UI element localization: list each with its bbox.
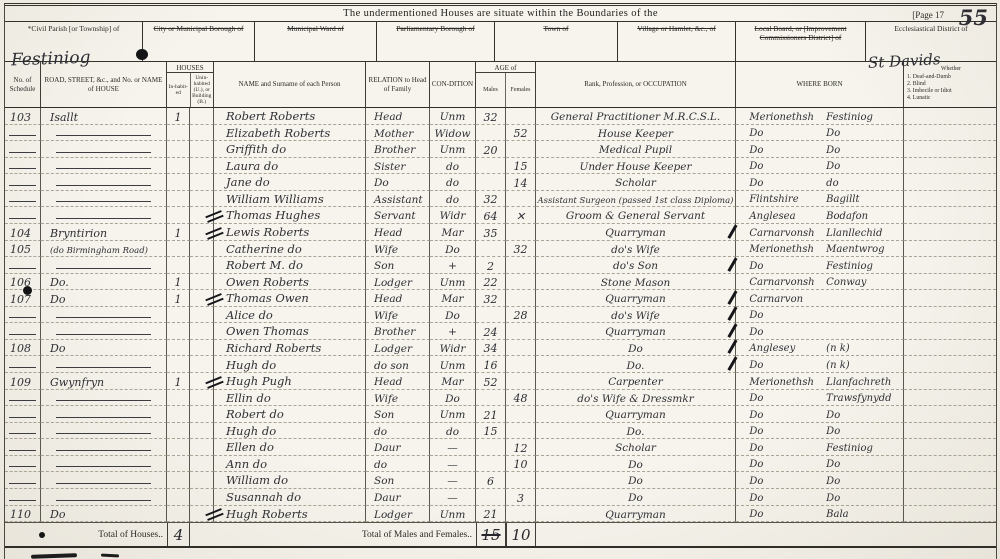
cell-born: DoDo	[736, 456, 904, 473]
cell-occupation: Do.	[536, 356, 736, 373]
cell-houses	[167, 323, 190, 340]
col-header-uninhabited: Unin-habited (U.), or Building (B.)	[191, 73, 214, 107]
cell-condition: Mar	[430, 224, 476, 241]
cell-dis	[904, 456, 996, 473]
cell-relation: Daur	[366, 439, 430, 456]
col-header-label: 4. Lunatic	[907, 95, 931, 102]
cell-age_f: 32	[506, 241, 536, 258]
cell-houses	[167, 174, 190, 191]
cell-condition: do	[430, 158, 476, 175]
cell-born: DoDo	[736, 472, 904, 489]
cell-road	[41, 456, 167, 473]
cell-schedule	[5, 390, 41, 407]
page-band: The undermentioned Houses are situate wi…	[5, 3, 996, 22]
cell-age_m	[476, 489, 506, 506]
total-females-value: 10	[511, 526, 530, 544]
cell-houses: 1	[167, 274, 190, 291]
cell-age_m: 32	[476, 290, 506, 307]
cell-houses	[167, 456, 190, 473]
cell-dis	[904, 423, 996, 440]
cell-born: DoDo	[736, 125, 904, 142]
table-row: Griffith doBrotherUnm20Medical PupilDoDo	[5, 141, 996, 158]
cell-name: Thomas Owen	[214, 290, 366, 307]
cell-road	[41, 356, 167, 373]
cell-condition: Unm	[430, 356, 476, 373]
cell-occupation: Do	[536, 456, 736, 473]
cell-age_m: 32	[476, 191, 506, 208]
cell-houses	[167, 340, 190, 357]
cell-dis	[904, 340, 996, 357]
col-header-label: Whether	[941, 66, 961, 73]
cell-name: Owen Thomas	[214, 323, 366, 340]
cell-occupation: Quarryman	[536, 323, 736, 340]
cell-occupation: Medical Pupil	[536, 141, 736, 158]
cell-road	[41, 390, 167, 407]
col-header-age: AGE of Males Females	[476, 62, 536, 107]
cell-born: DoFestiniog	[736, 257, 904, 274]
cutoff-mark	[101, 554, 119, 558]
cell-road	[41, 141, 167, 158]
ink-blot	[23, 286, 32, 295]
cell-road: Do	[41, 290, 167, 307]
cell-born: AngleseaBodafon	[736, 207, 904, 224]
cell-age_f	[506, 406, 536, 423]
cell-born: MerionethshFestiniog	[736, 108, 904, 125]
cell-road: Isallt	[41, 108, 167, 125]
cell-occupation: General Practitioner M.R.C.S.L.	[536, 108, 736, 125]
cell-houses: 1	[167, 290, 190, 307]
box-label: *Civil Parish [or Township] of	[8, 24, 139, 33]
cell-uninh	[190, 125, 214, 142]
cell-name: Laura do	[214, 158, 366, 175]
cell-road	[41, 406, 167, 423]
cell-age_m: 24	[476, 323, 506, 340]
cell-relation: Brother	[366, 323, 430, 340]
cell-road	[41, 323, 167, 340]
col-header-houses: HOUSES In-habit-ed Unin-habited (U.), or…	[167, 62, 214, 107]
cell-schedule: 109	[5, 373, 41, 390]
cell-houses	[167, 406, 190, 423]
cell-occupation: Groom & General Servant	[536, 207, 736, 224]
cell-age_m	[476, 456, 506, 473]
cell-schedule	[5, 257, 41, 274]
cell-houses	[167, 158, 190, 175]
cell-uninh	[190, 241, 214, 258]
cell-uninh	[190, 390, 214, 407]
table-row: William WilliamsAssistantdo32Assistant S…	[5, 191, 996, 208]
cell-condition: Unm	[430, 506, 476, 523]
cell-houses	[167, 423, 190, 440]
cell-houses	[167, 191, 190, 208]
box-label: City or Municipal Borough of	[146, 24, 251, 33]
cell-age_m: 35	[476, 224, 506, 241]
cell-relation: Servant	[366, 207, 430, 224]
cell-schedule	[5, 439, 41, 456]
cell-age_m	[476, 125, 506, 142]
cell-age_m: 20	[476, 141, 506, 158]
table-row: Jane doDodo14ScholarDodo	[5, 174, 996, 191]
total-empty-cell	[536, 523, 996, 546]
cell-dis	[904, 406, 996, 423]
cell-uninh	[190, 489, 214, 506]
cell-road	[41, 191, 167, 208]
col-header-males: Males	[476, 73, 506, 107]
ink-blot	[136, 49, 148, 60]
cell-age_f: 14	[506, 174, 536, 191]
cell-age_f	[506, 224, 536, 241]
cell-condition: do	[430, 174, 476, 191]
cell-born: MerionethshMaentwrog	[736, 241, 904, 258]
cell-age_m: 16	[476, 356, 506, 373]
cell-occupation: House Keeper	[536, 125, 736, 142]
cell-age_f: 48	[506, 390, 536, 407]
cell-age_m: 64	[476, 207, 506, 224]
cell-name: Ellin do	[214, 390, 366, 407]
cell-condition: —	[430, 456, 476, 473]
cell-road	[41, 174, 167, 191]
cell-occupation: do's Wife	[536, 241, 736, 258]
cell-born: DoTrawsfynydd	[736, 390, 904, 407]
table-row: Elizabeth RobertsMotherWidow52House Keep…	[5, 125, 996, 142]
cell-relation: do	[366, 456, 430, 473]
cell-relation: Son	[366, 406, 430, 423]
age-subheaders: Males Females	[476, 72, 535, 107]
census-form: The undermentioned Houses are situate wi…	[4, 3, 997, 559]
header-box-city-borough: City or Municipal Borough of	[143, 22, 255, 61]
col-header-label: WHERE BORN	[796, 80, 842, 88]
cell-condition: —	[430, 472, 476, 489]
cell-name: Thomas Hughes	[214, 207, 366, 224]
cell-schedule	[5, 356, 41, 373]
box-label: Town of	[498, 24, 614, 33]
cell-schedule	[5, 191, 41, 208]
cell-schedule: 108	[5, 340, 41, 357]
cell-born: CarnarvonshLlanllechid	[736, 224, 904, 241]
cell-occupation: Do.	[536, 423, 736, 440]
cell-name: Catherine do	[214, 241, 366, 258]
table-row: Ellin doWifeDo48do's Wife & DressmkrDoTr…	[5, 390, 996, 407]
cell-name: Hugh Roberts	[214, 506, 366, 523]
cell-age_f: 12	[506, 439, 536, 456]
cell-occupation: Under House Keeper	[536, 158, 736, 175]
cell-born: DoBala	[736, 506, 904, 523]
cell-uninh	[190, 191, 214, 208]
cell-dis	[904, 141, 996, 158]
cell-relation: Assistant	[366, 191, 430, 208]
cell-name: Alice do	[214, 307, 366, 324]
cell-relation: Daur	[366, 489, 430, 506]
cell-condition: Unm	[430, 108, 476, 125]
col-header-label: AGE of	[476, 62, 535, 72]
page-label: [Page 17	[912, 10, 944, 20]
table-row: William doSon—6DoDoDo	[5, 472, 996, 489]
cell-houses	[167, 390, 190, 407]
table-row: Robert doSonUnm21QuarrymanDoDo	[5, 406, 996, 423]
col-header-label: RELATION to Head of Family	[367, 76, 428, 92]
cell-age_m: 2	[476, 257, 506, 274]
cell-dis	[904, 290, 996, 307]
col-header-label: ROAD, STREET, &c., and No. or NAME of HO…	[42, 76, 165, 92]
cell-name: Elizabeth Roberts	[214, 125, 366, 142]
cell-schedule	[5, 423, 41, 440]
bullet-dot-icon	[39, 532, 45, 538]
total-males-value: 15	[481, 526, 500, 544]
box-value-ecclesiastical: St Davids	[868, 50, 941, 72]
cell-occupation: Do	[536, 489, 736, 506]
cell-occupation: Carpenter	[536, 373, 736, 390]
cell-dis	[904, 356, 996, 373]
cell-relation: Do	[366, 174, 430, 191]
cell-uninh	[190, 456, 214, 473]
cell-schedule	[5, 406, 41, 423]
col-header-label: CON-DITION	[432, 80, 473, 88]
cell-born: DoDo	[736, 158, 904, 175]
table-row: 108DoRichard RobertsLodgerWidr34DoAngles…	[5, 340, 996, 357]
cell-condition: Widow	[430, 125, 476, 142]
cell-relation: Mother	[366, 125, 430, 142]
cell-uninh	[190, 108, 214, 125]
cell-houses	[167, 472, 190, 489]
table-row: 107Do1Thomas OwenHeadMar32QuarrymanCarna…	[5, 290, 996, 307]
cell-age_f	[506, 141, 536, 158]
total-houses-label: Total of Houses..	[98, 530, 163, 540]
cell-condition: Widr	[430, 340, 476, 357]
cell-road: (do Birmingham Road)	[41, 241, 167, 258]
cell-uninh	[190, 274, 214, 291]
cell-dis	[904, 257, 996, 274]
cell-dis	[904, 373, 996, 390]
cell-age_f	[506, 257, 536, 274]
cell-condition: Unm	[430, 141, 476, 158]
cell-houses: 1	[167, 373, 190, 390]
cell-name: Robert Roberts	[214, 108, 366, 125]
cell-age_f	[506, 340, 536, 357]
col-header-inhabited: In-habit-ed	[167, 73, 191, 107]
cell-uninh	[190, 141, 214, 158]
totals-row: Total of Houses.. 4 Total of Males and F…	[5, 522, 996, 548]
box-value-civil-parish: Festiniog	[11, 47, 91, 70]
cell-road	[41, 158, 167, 175]
cell-schedule: 104	[5, 224, 41, 241]
cell-condition: Mar	[430, 290, 476, 307]
cell-houses	[167, 257, 190, 274]
cell-road	[41, 125, 167, 142]
cell-born: DoDo	[736, 141, 904, 158]
cell-name: Ann do	[214, 456, 366, 473]
cell-age_m: 21	[476, 406, 506, 423]
cell-condition: Widr	[430, 207, 476, 224]
cell-condition: —	[430, 489, 476, 506]
total-males-cell: 15	[476, 523, 506, 546]
box-label: Village or Hamlet, &c., of	[621, 24, 732, 33]
cell-dis	[904, 506, 996, 523]
cell-schedule	[5, 174, 41, 191]
table-row: Ellen doDaur—12ScholarDoFestiniog	[5, 439, 996, 456]
col-header-name: NAME and Surname of each Person	[214, 62, 366, 107]
cell-name: Hugh Pugh	[214, 373, 366, 390]
cell-born: Do(n k)	[736, 356, 904, 373]
cell-name: Hugh do	[214, 423, 366, 440]
cell-houses	[167, 125, 190, 142]
col-header-label: No. of Schedule	[6, 76, 39, 92]
cell-occupation: do's Son	[536, 257, 736, 274]
col-header-condition: CON-DITION	[430, 62, 476, 107]
col-header-relation: RELATION to Head of Family	[366, 62, 430, 107]
table-row: 103Isallt1Robert RobertsHeadUnm32General…	[5, 108, 996, 125]
cell-condition: Do	[430, 307, 476, 324]
cell-born: FlintshireBagillt	[736, 191, 904, 208]
cell-houses: 1	[167, 224, 190, 241]
header-box-town: Town of	[495, 22, 618, 61]
cell-name: William do	[214, 472, 366, 489]
cell-condition: Do	[430, 241, 476, 258]
cell-age_f	[506, 108, 536, 125]
cell-uninh	[190, 340, 214, 357]
header-box-parliamentary-borough: Parliamentary Borough of	[377, 22, 495, 61]
cell-relation: Head	[366, 290, 430, 307]
cell-age_m: 22	[476, 274, 506, 291]
col-header-label: NAME and Surname of each Person	[238, 80, 340, 88]
cell-dis	[904, 274, 996, 291]
table-row: 105(do Birmingham Road)Catherine doWifeD…	[5, 241, 996, 258]
cell-born: Anglesey(n k)	[736, 340, 904, 357]
cell-born: MerionethshLlanfachreth	[736, 373, 904, 390]
cell-uninh	[190, 257, 214, 274]
band-title: The undermentioned Houses are situate wi…	[343, 8, 658, 19]
cell-born: Dodo	[736, 174, 904, 191]
cell-dis	[904, 307, 996, 324]
cell-born: DoDo	[736, 423, 904, 440]
cell-dis	[904, 390, 996, 407]
cell-age_m: 21	[476, 506, 506, 523]
cell-relation: do	[366, 423, 430, 440]
cell-occupation: Scholar	[536, 174, 736, 191]
cell-age_m	[476, 158, 506, 175]
cell-uninh	[190, 307, 214, 324]
box-label: Local Board, or [Improvement Commissione…	[739, 24, 862, 42]
cell-houses	[167, 506, 190, 523]
cell-name: Owen Roberts	[214, 274, 366, 291]
total-houses-label-cell: Total of Houses..	[5, 523, 167, 546]
header-box-civil-parish: *Civil Parish [or Township] of Festiniog	[5, 22, 143, 61]
table-row: Robert M. doSon+2do's SonDoFestiniog	[5, 257, 996, 274]
col-header-label: HOUSES	[167, 62, 213, 72]
cell-schedule	[5, 489, 41, 506]
cell-age_m: 6	[476, 472, 506, 489]
cell-road	[41, 489, 167, 506]
table-body: 103Isallt1Robert RobertsHeadUnm32General…	[5, 108, 996, 522]
cell-road	[41, 423, 167, 440]
cell-age_f	[506, 506, 536, 523]
cell-road: Do	[41, 340, 167, 357]
cell-schedule	[5, 158, 41, 175]
cell-age_f	[506, 373, 536, 390]
cell-dis	[904, 323, 996, 340]
footer-strip	[5, 548, 996, 559]
cell-uninh	[190, 356, 214, 373]
cell-name: Jane do	[214, 174, 366, 191]
cell-road	[41, 307, 167, 324]
cell-age_f	[506, 323, 536, 340]
cell-occupation: Quarryman	[536, 406, 736, 423]
cell-age_f: 15	[506, 158, 536, 175]
header-box-municipal-ward: Municipal Ward of	[255, 22, 377, 61]
cell-road	[41, 439, 167, 456]
cell-age_m	[476, 307, 506, 324]
cell-name: Richard Roberts	[214, 340, 366, 357]
cell-road: Do.	[41, 274, 167, 291]
cell-age_f	[506, 472, 536, 489]
cell-condition: Unm	[430, 274, 476, 291]
cell-age_f	[506, 356, 536, 373]
cell-age_m	[476, 390, 506, 407]
table-row: 109Gwynfryn1Hugh PughHeadMar52CarpenterM…	[5, 373, 996, 390]
cell-born: DoFestiniog	[736, 439, 904, 456]
total-persons-label: Total of Males and Females..	[362, 530, 472, 540]
cell-relation: Lodger	[366, 506, 430, 523]
cell-name: Ellen do	[214, 439, 366, 456]
cell-road	[41, 472, 167, 489]
cell-condition: Do	[430, 390, 476, 407]
cell-relation: Head	[366, 373, 430, 390]
cell-occupation: Assistant Surgeon (passed 1st class Dipl…	[536, 191, 736, 208]
cell-condition: +	[430, 257, 476, 274]
total-houses-value-cell: 4	[167, 523, 190, 546]
cell-condition: Unm	[430, 406, 476, 423]
cell-dis	[904, 439, 996, 456]
col-header-females: Females	[506, 73, 535, 107]
box-label: Parliamentary Borough of	[380, 24, 491, 33]
cell-relation: Son	[366, 472, 430, 489]
cell-schedule	[5, 307, 41, 324]
cell-condition: —	[430, 439, 476, 456]
cell-age_m	[476, 439, 506, 456]
cell-road	[41, 207, 167, 224]
cell-dis	[904, 472, 996, 489]
table-row: Alice doWifeDo28do's WifeDo	[5, 307, 996, 324]
col-header-label: 2. Blind	[907, 81, 926, 88]
table-row: 106Do.1Owen RobertsLodgerUnm22Stone Maso…	[5, 274, 996, 291]
cell-name: Hugh do	[214, 356, 366, 373]
cell-dis	[904, 241, 996, 258]
header-box-village: Village or Hamlet, &c., of	[618, 22, 736, 61]
cell-age_f: ✕	[506, 207, 536, 224]
col-header-label: Rank, Profession, or OCCUPATION	[584, 80, 687, 88]
cell-uninh	[190, 406, 214, 423]
cell-schedule: 105	[5, 241, 41, 258]
cell-age_f	[506, 423, 536, 440]
cell-age_f: 52	[506, 125, 536, 142]
total-persons-label-cell: Total of Males and Females..	[214, 523, 476, 546]
cell-relation: Wife	[366, 307, 430, 324]
cell-age_f	[506, 274, 536, 291]
table-row: Owen ThomasBrother+24QuarrymanDo	[5, 323, 996, 340]
table-row: Thomas HughesServantWidr64✕Groom & Gener…	[5, 207, 996, 224]
header-boxes: *Civil Parish [or Township] of Festiniog…	[5, 22, 996, 62]
cell-schedule: 110	[5, 506, 41, 523]
cell-age_f: 10	[506, 456, 536, 473]
total-females-cell: 10	[506, 523, 536, 546]
cell-occupation: Stone Mason	[536, 274, 736, 291]
col-header-occupation: Rank, Profession, or OCCUPATION	[536, 62, 736, 107]
cell-dis	[904, 191, 996, 208]
cell-age_f: 3	[506, 489, 536, 506]
cell-road: Gwynfryn	[41, 373, 167, 390]
cell-occupation: do's Wife & Dressmkr	[536, 390, 736, 407]
column-header-row: No. of Schedule ROAD, STREET, &c., and N…	[5, 62, 996, 108]
header-box-local-board: Local Board, or [Improvement Commissione…	[736, 22, 866, 61]
cell-age_f	[506, 191, 536, 208]
